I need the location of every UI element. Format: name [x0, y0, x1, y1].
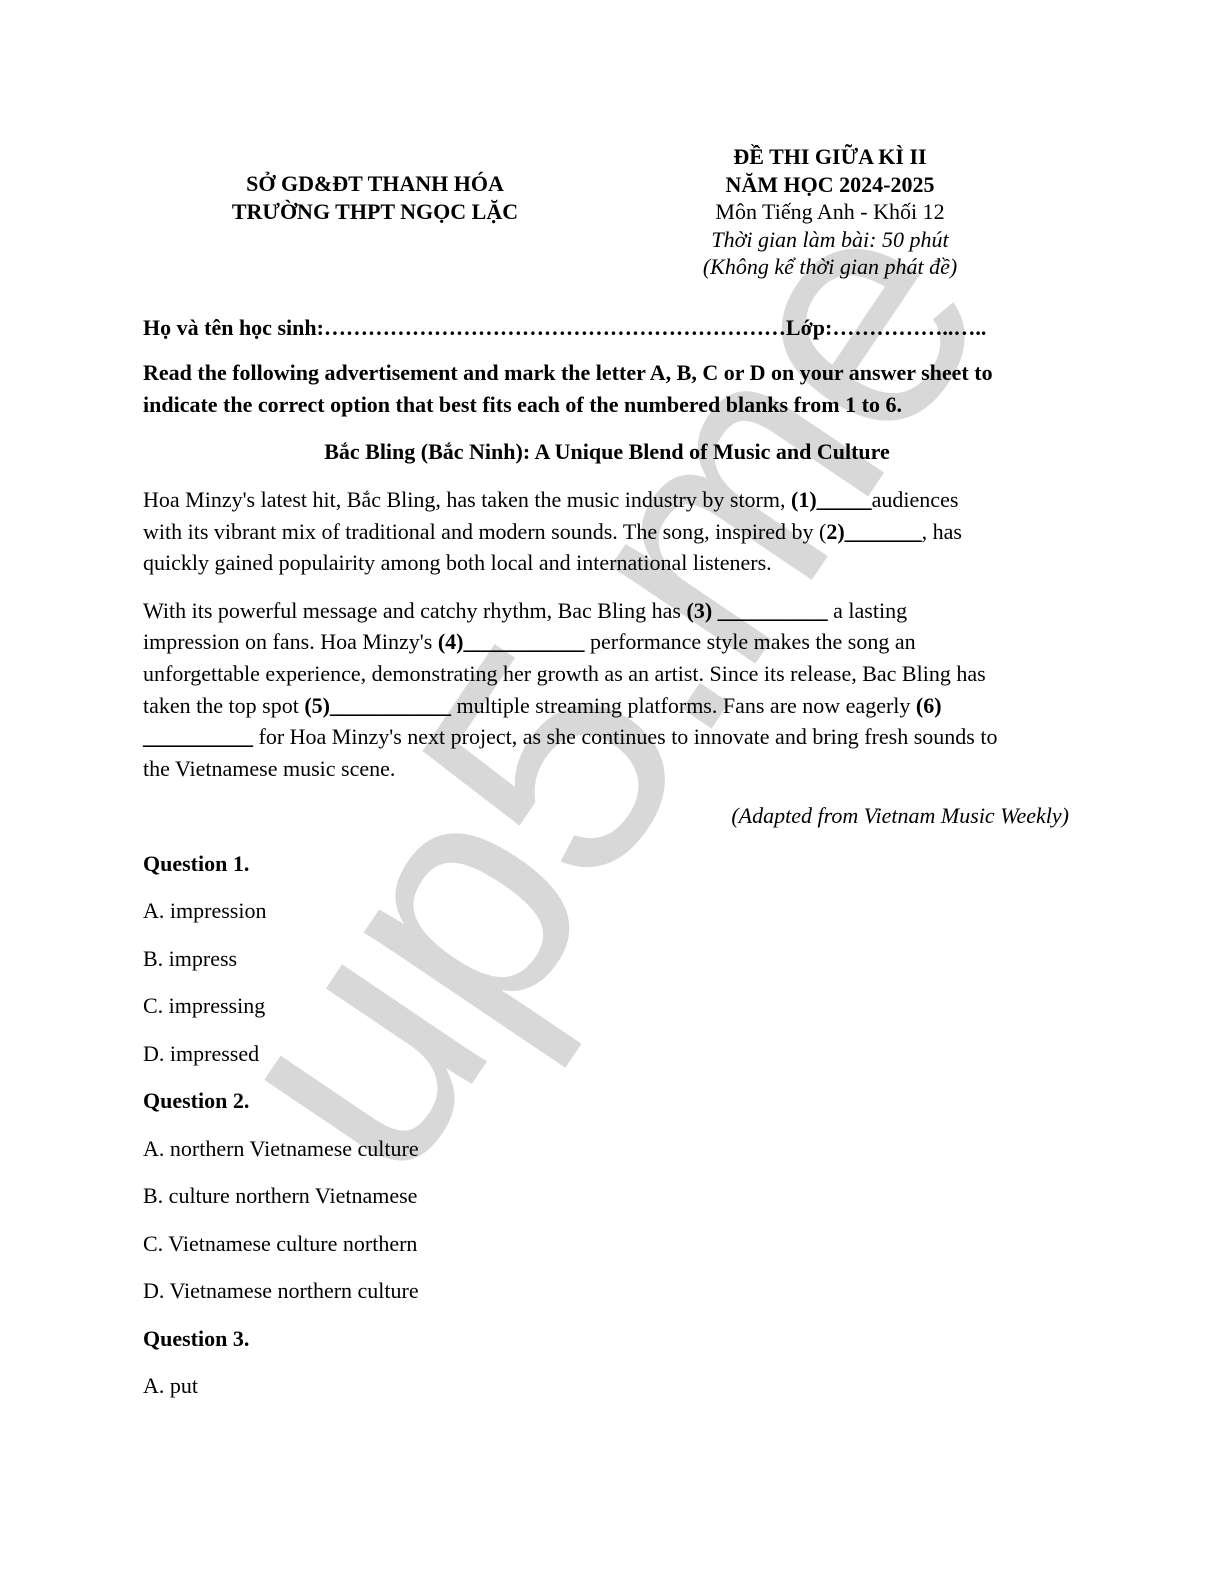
blank-1: _____	[817, 487, 872, 512]
instruction-line-2: indicate the correct option that best fi…	[143, 391, 902, 419]
class-field[interactable]: ……………..…..	[832, 315, 986, 340]
blank-6-number: (6)	[916, 693, 942, 718]
question-2-option-c[interactable]: C. Vietnamese culture northern	[143, 1230, 417, 1258]
passage-p1-line-2: with its vibrant mix of traditional and …	[143, 518, 962, 546]
time-limit: Thời gian làm bài: 50 phút	[640, 226, 1020, 254]
school-year: NĂM HỌC 2024-2025	[640, 171, 1020, 199]
exam-page: up5.me SỞ GD&ĐT THANH HÓA TRƯỜNG THPT NG…	[0, 0, 1224, 1584]
exam-title: ĐỀ THI GIỮA KÌ II	[640, 143, 1020, 171]
department-name: SỞ GD&ĐT THANH HÓA	[200, 170, 550, 198]
question-2-option-b[interactable]: B. culture northern Vietnamese	[143, 1182, 417, 1210]
text: audiences	[872, 487, 959, 512]
name-label: Họ và tên học sinh:	[143, 315, 324, 340]
blank-5: (5)___________	[304, 693, 451, 718]
question-3-label: Question 3.	[143, 1325, 249, 1353]
text: multiple streaming platforms. Fans are n…	[451, 693, 916, 718]
passage-p2-line-6: the Vietnamese music scene.	[143, 755, 395, 783]
question-1-option-c[interactable]: C. impressing	[143, 992, 265, 1020]
question-1-option-a[interactable]: A. impression	[143, 897, 266, 925]
blank-1-number: (1)	[791, 487, 817, 512]
exam-header: ĐỀ THI GIỮA KÌ II NĂM HỌC 2024-2025 Môn …	[640, 143, 1020, 281]
blank-2-number: 2)	[826, 519, 844, 544]
name-field[interactable]: ………………………………………………………	[324, 315, 786, 340]
passage-p1-line-3: quickly gained populairity among both lo…	[143, 549, 772, 577]
school-name: TRƯỜNG THPT NGỌC LẶC	[200, 198, 550, 226]
blank-3: (3) __________	[687, 598, 828, 623]
text: with its vibrant mix of traditional and …	[143, 519, 826, 544]
question-1-option-b[interactable]: B. impress	[143, 945, 237, 973]
question-1-option-d[interactable]: D. impressed	[143, 1040, 259, 1068]
blank-6: __________	[143, 724, 253, 749]
text: Hoa Minzy's latest hit, Bắc Bling, has t…	[143, 487, 791, 512]
passage-p2-line-4: taken the top spot (5)___________ multip…	[143, 692, 942, 720]
text: taken the top spot	[143, 693, 304, 718]
question-2-option-d[interactable]: D. Vietnamese northern culture	[143, 1277, 419, 1305]
text: impression on fans. Hoa Minzy's	[143, 629, 438, 654]
passage-title: Bắc Bling (Bắc Ninh): A Unique Blend of …	[0, 438, 1214, 466]
passage-p2-line-2: impression on fans. Hoa Minzy's (4)_____…	[143, 628, 916, 656]
passage-p2-line-1: With its powerful message and catchy rhy…	[143, 597, 907, 625]
question-1-label: Question 1.	[143, 850, 249, 878]
subject: Môn Tiếng Anh - Khối 12	[640, 198, 1020, 226]
question-2-label: Question 2.	[143, 1087, 249, 1115]
text: , has	[922, 519, 962, 544]
passage-p2-line-3: unforgettable experience, demonstrating …	[143, 660, 986, 688]
class-label: Lớp:	[786, 315, 832, 340]
passage-p2-line-5: __________ for Hoa Minzy's next project,…	[143, 723, 997, 751]
blank-2: _______	[845, 519, 922, 544]
blank-4: (4)___________	[438, 629, 585, 654]
instruction-line-1: Read the following advertisement and mar…	[143, 359, 993, 387]
passage-source: (Adapted from Vietnam Music Weekly)	[731, 802, 1069, 830]
time-note: (Không kể thời gian phát đề)	[640, 253, 1020, 281]
text: performance style makes the song an	[584, 629, 915, 654]
question-2-option-a[interactable]: A. northern Vietnamese culture	[143, 1135, 419, 1163]
passage-p1-line-1: Hoa Minzy's latest hit, Bắc Bling, has t…	[143, 486, 958, 514]
text: for Hoa Minzy's next project, as she con…	[253, 724, 997, 749]
question-3-option-a[interactable]: A. put	[143, 1372, 198, 1400]
student-info-line: Họ và tên học sinh:…………………………………………………………	[143, 314, 986, 342]
text: With its powerful message and catchy rhy…	[143, 598, 687, 623]
text: a lasting	[828, 598, 907, 623]
school-header: SỞ GD&ĐT THANH HÓA TRƯỜNG THPT NGỌC LẶC	[200, 170, 550, 225]
